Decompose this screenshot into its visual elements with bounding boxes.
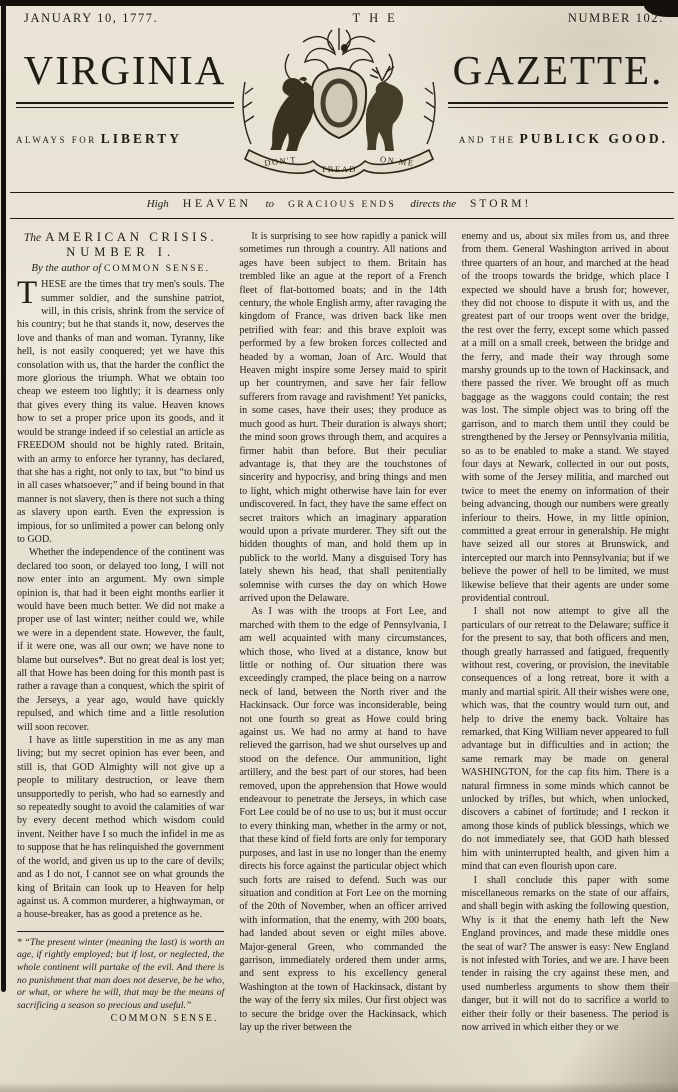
paragraph: THESE are the times that try men's souls… — [17, 278, 224, 546]
slogan-right-big: PUBLICK GOOD. — [519, 131, 668, 146]
masthead-virginia: VIRGINIA — [16, 46, 234, 94]
ribbon-text-center: TREAD — [321, 164, 357, 174]
double-rule — [16, 102, 234, 108]
byline-pre: By the author of — [31, 262, 101, 274]
motto-part: High — [147, 198, 169, 210]
article-number: NUMBER I. — [17, 246, 224, 259]
motto-part: HEAVEN — [183, 196, 252, 210]
column-1: TheAMERICAN CRISIS. NUMBER I. By the aut… — [17, 230, 224, 1092]
column-2: It is surprising to see how rapidly a pa… — [239, 230, 446, 1092]
masthead-right: GAZETTE. AND THE PUBLICK GOOD. — [448, 46, 668, 148]
shield-oval — [323, 81, 355, 125]
masthead-gazette: GAZETTE. — [448, 46, 668, 94]
double-rule — [448, 102, 668, 108]
paragraph: As I was with the troops at Fort Lee, an… — [239, 605, 446, 1034]
paragraph: I have as little superstition in me as a… — [17, 734, 224, 922]
motto-part: STORM! — [470, 198, 531, 210]
slogan-left: ALWAYS FOR LIBERTY — [16, 130, 234, 148]
motto-part: to — [266, 198, 275, 210]
scan-edge-top — [0, 0, 678, 6]
motto-part: GRACIOUS ENDS — [288, 200, 396, 210]
horizontal-rule — [10, 218, 674, 219]
column-3: enemy and us, about six miles from us, a… — [462, 230, 669, 1092]
coat-of-arms-icon: DON'T TREAD ON ME — [233, 24, 445, 186]
article-header: TheAMERICAN CRISIS. NUMBER I. By the aut… — [17, 230, 224, 275]
paragraph: I shall not now attempt to give all the … — [462, 605, 669, 873]
crest-svg: DON'T TREAD ON ME — [233, 24, 445, 186]
newspaper-page: JANUARY 10, 1777. THE NUMBER 102. VIRGIN… — [0, 0, 678, 1092]
slogan-right-small: AND THE — [459, 135, 516, 145]
antlers-icon — [370, 66, 394, 81]
bear-icon — [270, 77, 314, 151]
footnote: * “The present winter (meaning the last)… — [17, 931, 224, 1026]
motto-line: HighHEAVENtoGRACIOUS ENDSdirects theSTOR… — [0, 196, 678, 211]
motto-part: directs the — [410, 198, 456, 210]
horizontal-rule — [10, 192, 674, 193]
issue-date: JANUARY 10, 1777. — [24, 11, 158, 26]
masthead-left: VIRGINIA ALWAYS FOR LIBERTY — [16, 46, 234, 148]
scan-edge-left — [1, 0, 6, 992]
paragraph: Whether the independence of the continen… — [17, 546, 224, 734]
article-title-pre: The — [24, 232, 41, 244]
slogan-left-small: ALWAYS FOR — [16, 135, 97, 145]
byline-author: COMMON SENSE. — [104, 263, 210, 274]
slogan-left-big: LIBERTY — [101, 131, 182, 146]
article-byline: By the author of COMMON SENSE. — [17, 262, 224, 275]
footnote-signature: COMMON SENSE. — [17, 1013, 224, 1026]
paragraph: enemy and us, about six miles from us, a… — [462, 230, 669, 605]
article-title: TheAMERICAN CRISIS. — [17, 230, 224, 245]
stag-icon — [366, 82, 403, 151]
slogan-right: AND THE PUBLICK GOOD. — [448, 130, 668, 148]
issue-number: NUMBER 102. — [568, 11, 664, 26]
footnote-text: * “The present winter (meaning the last)… — [17, 937, 224, 1013]
article-columns: TheAMERICAN CRISIS. NUMBER I. By the aut… — [17, 230, 669, 1092]
article-title-main: AMERICAN CRISIS. — [45, 229, 217, 244]
paragraph: It is surprising to see how rapidly a pa… — [239, 230, 446, 605]
paragraph: I shall conclude this paper with some mi… — [462, 874, 669, 1035]
